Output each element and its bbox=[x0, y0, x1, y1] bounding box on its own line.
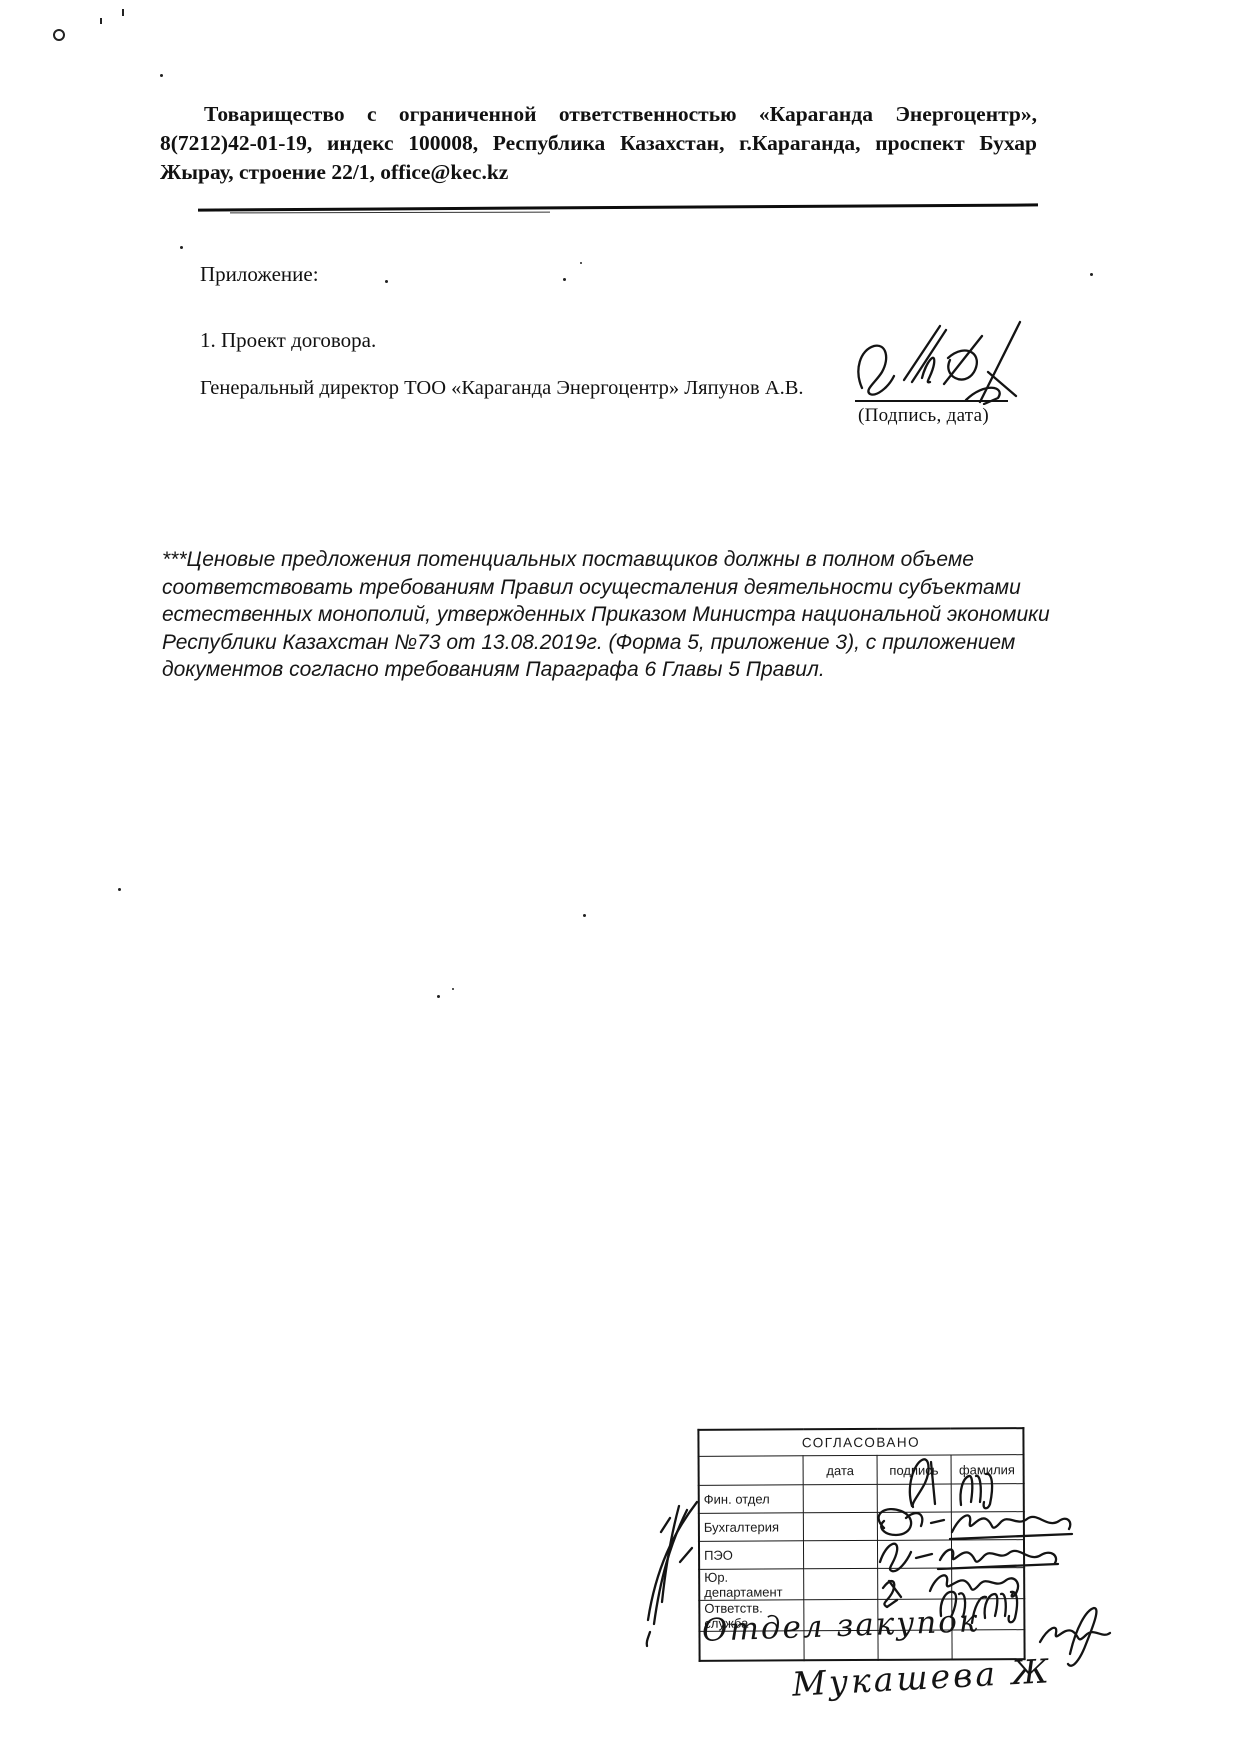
signature-caption: (Подпись, дата) bbox=[858, 405, 989, 427]
letterhead: Товарищество с ограниченной ответственно… bbox=[160, 100, 1037, 187]
surname-scribble-fin-otdel bbox=[960, 1474, 992, 1508]
scan-speck bbox=[1090, 273, 1093, 276]
pen-scribble-left bbox=[647, 1502, 697, 1646]
scan-speck bbox=[583, 914, 586, 917]
scan-speck bbox=[180, 246, 183, 249]
scanned-document-page: Товарищество с ограниченной ответственно… bbox=[0, 0, 1240, 1754]
scan-speck bbox=[122, 9, 124, 16]
attachment-label: Приложение: bbox=[200, 262, 319, 287]
scan-speck bbox=[580, 262, 582, 264]
attachment-item: 1. Проект договора. bbox=[200, 328, 376, 353]
surname-scribble-jur-department bbox=[930, 1575, 1018, 1596]
director-signature-scribble bbox=[848, 310, 1023, 405]
scan-speck bbox=[385, 280, 388, 283]
scan-speck bbox=[160, 74, 163, 77]
signature-scribble-jur-department bbox=[883, 1581, 901, 1607]
note-line: документов согласно требованиям Параграф… bbox=[162, 656, 1072, 684]
signature-scribble-buhgalteria bbox=[879, 1509, 944, 1535]
scan-speck bbox=[452, 988, 454, 990]
surname-scribble-peo bbox=[938, 1550, 1058, 1569]
letterhead-line: Жырау, строение 22/1, office@kec.kz bbox=[160, 158, 1037, 187]
director-signature-line: Генеральный директор ТОО «Караганда Энер… bbox=[200, 377, 804, 400]
divider-rule-shadow bbox=[230, 212, 550, 214]
scan-speck bbox=[53, 29, 65, 41]
note-line: естественных монополий, утвержденных При… bbox=[162, 601, 1072, 629]
scan-speck bbox=[100, 18, 102, 24]
letterhead-line: Товарищество с ограниченной ответственно… bbox=[160, 100, 1037, 129]
signature-scribble-fin-otdel bbox=[910, 1459, 935, 1507]
scan-speck bbox=[563, 278, 566, 281]
letterhead-line: 8(7212)42-01-19, индекс 100008, Республи… bbox=[160, 129, 1037, 158]
scan-speck bbox=[437, 995, 440, 998]
note-line: Республики Казахстан №73 от 13.08.2019г.… bbox=[162, 629, 1072, 657]
note-paragraph: ***Ценовые предложения потенциальных пос… bbox=[162, 546, 1072, 684]
note-line: соответствовать требованиям Правил осуще… bbox=[162, 574, 1072, 602]
signature-scribble-peo bbox=[880, 1544, 932, 1571]
surname-scribble-buhgalteria bbox=[950, 1515, 1072, 1539]
divider-rule bbox=[198, 203, 1038, 211]
scan-speck bbox=[118, 888, 121, 891]
note-line: ***Ценовые предложения потенциальных пос… bbox=[162, 546, 1072, 574]
